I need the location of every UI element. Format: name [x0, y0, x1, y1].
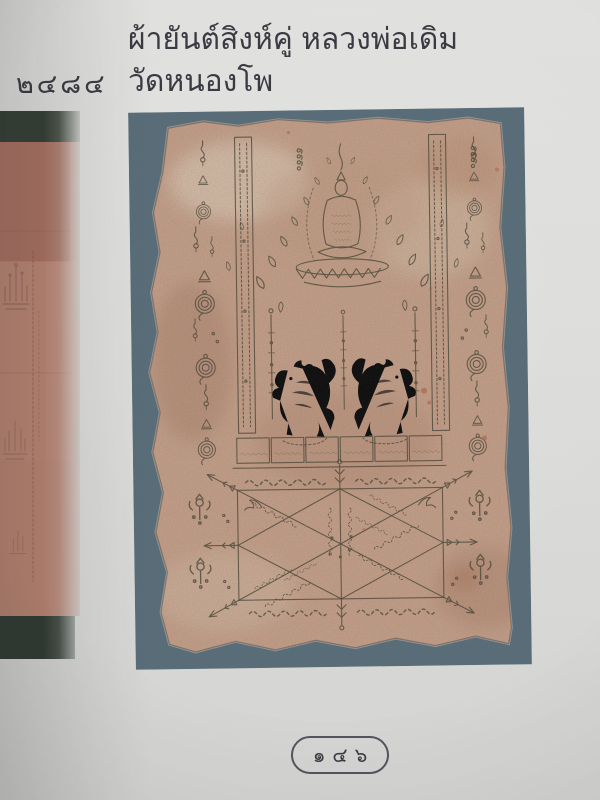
- left-photo-top-border: [0, 111, 80, 142]
- left-photo-bottom-border: [0, 616, 75, 659]
- page-number: ๑๔๖: [313, 739, 375, 771]
- left-yantra-cloth-image: [0, 111, 84, 659]
- year-label: ๒๔๘๔: [16, 62, 108, 105]
- page-title-line2: วัดหนองโพ: [128, 58, 273, 105]
- photo-grain: [128, 107, 532, 669]
- book-page-photo: ๒๔๘๔ ผ้ายันต์สิงห์คู่ หลวงพ่อเดิม วัดหนอ…: [0, 0, 600, 800]
- left-partial-photo: [0, 111, 84, 659]
- page-number-badge: ๑๔๖: [291, 736, 389, 774]
- yantra-cloth-image: [128, 107, 532, 669]
- page-title-line1: ผ้ายันต์สิงห์คู่ หลวงพ่อเดิม: [128, 16, 458, 63]
- main-photo: [128, 107, 532, 669]
